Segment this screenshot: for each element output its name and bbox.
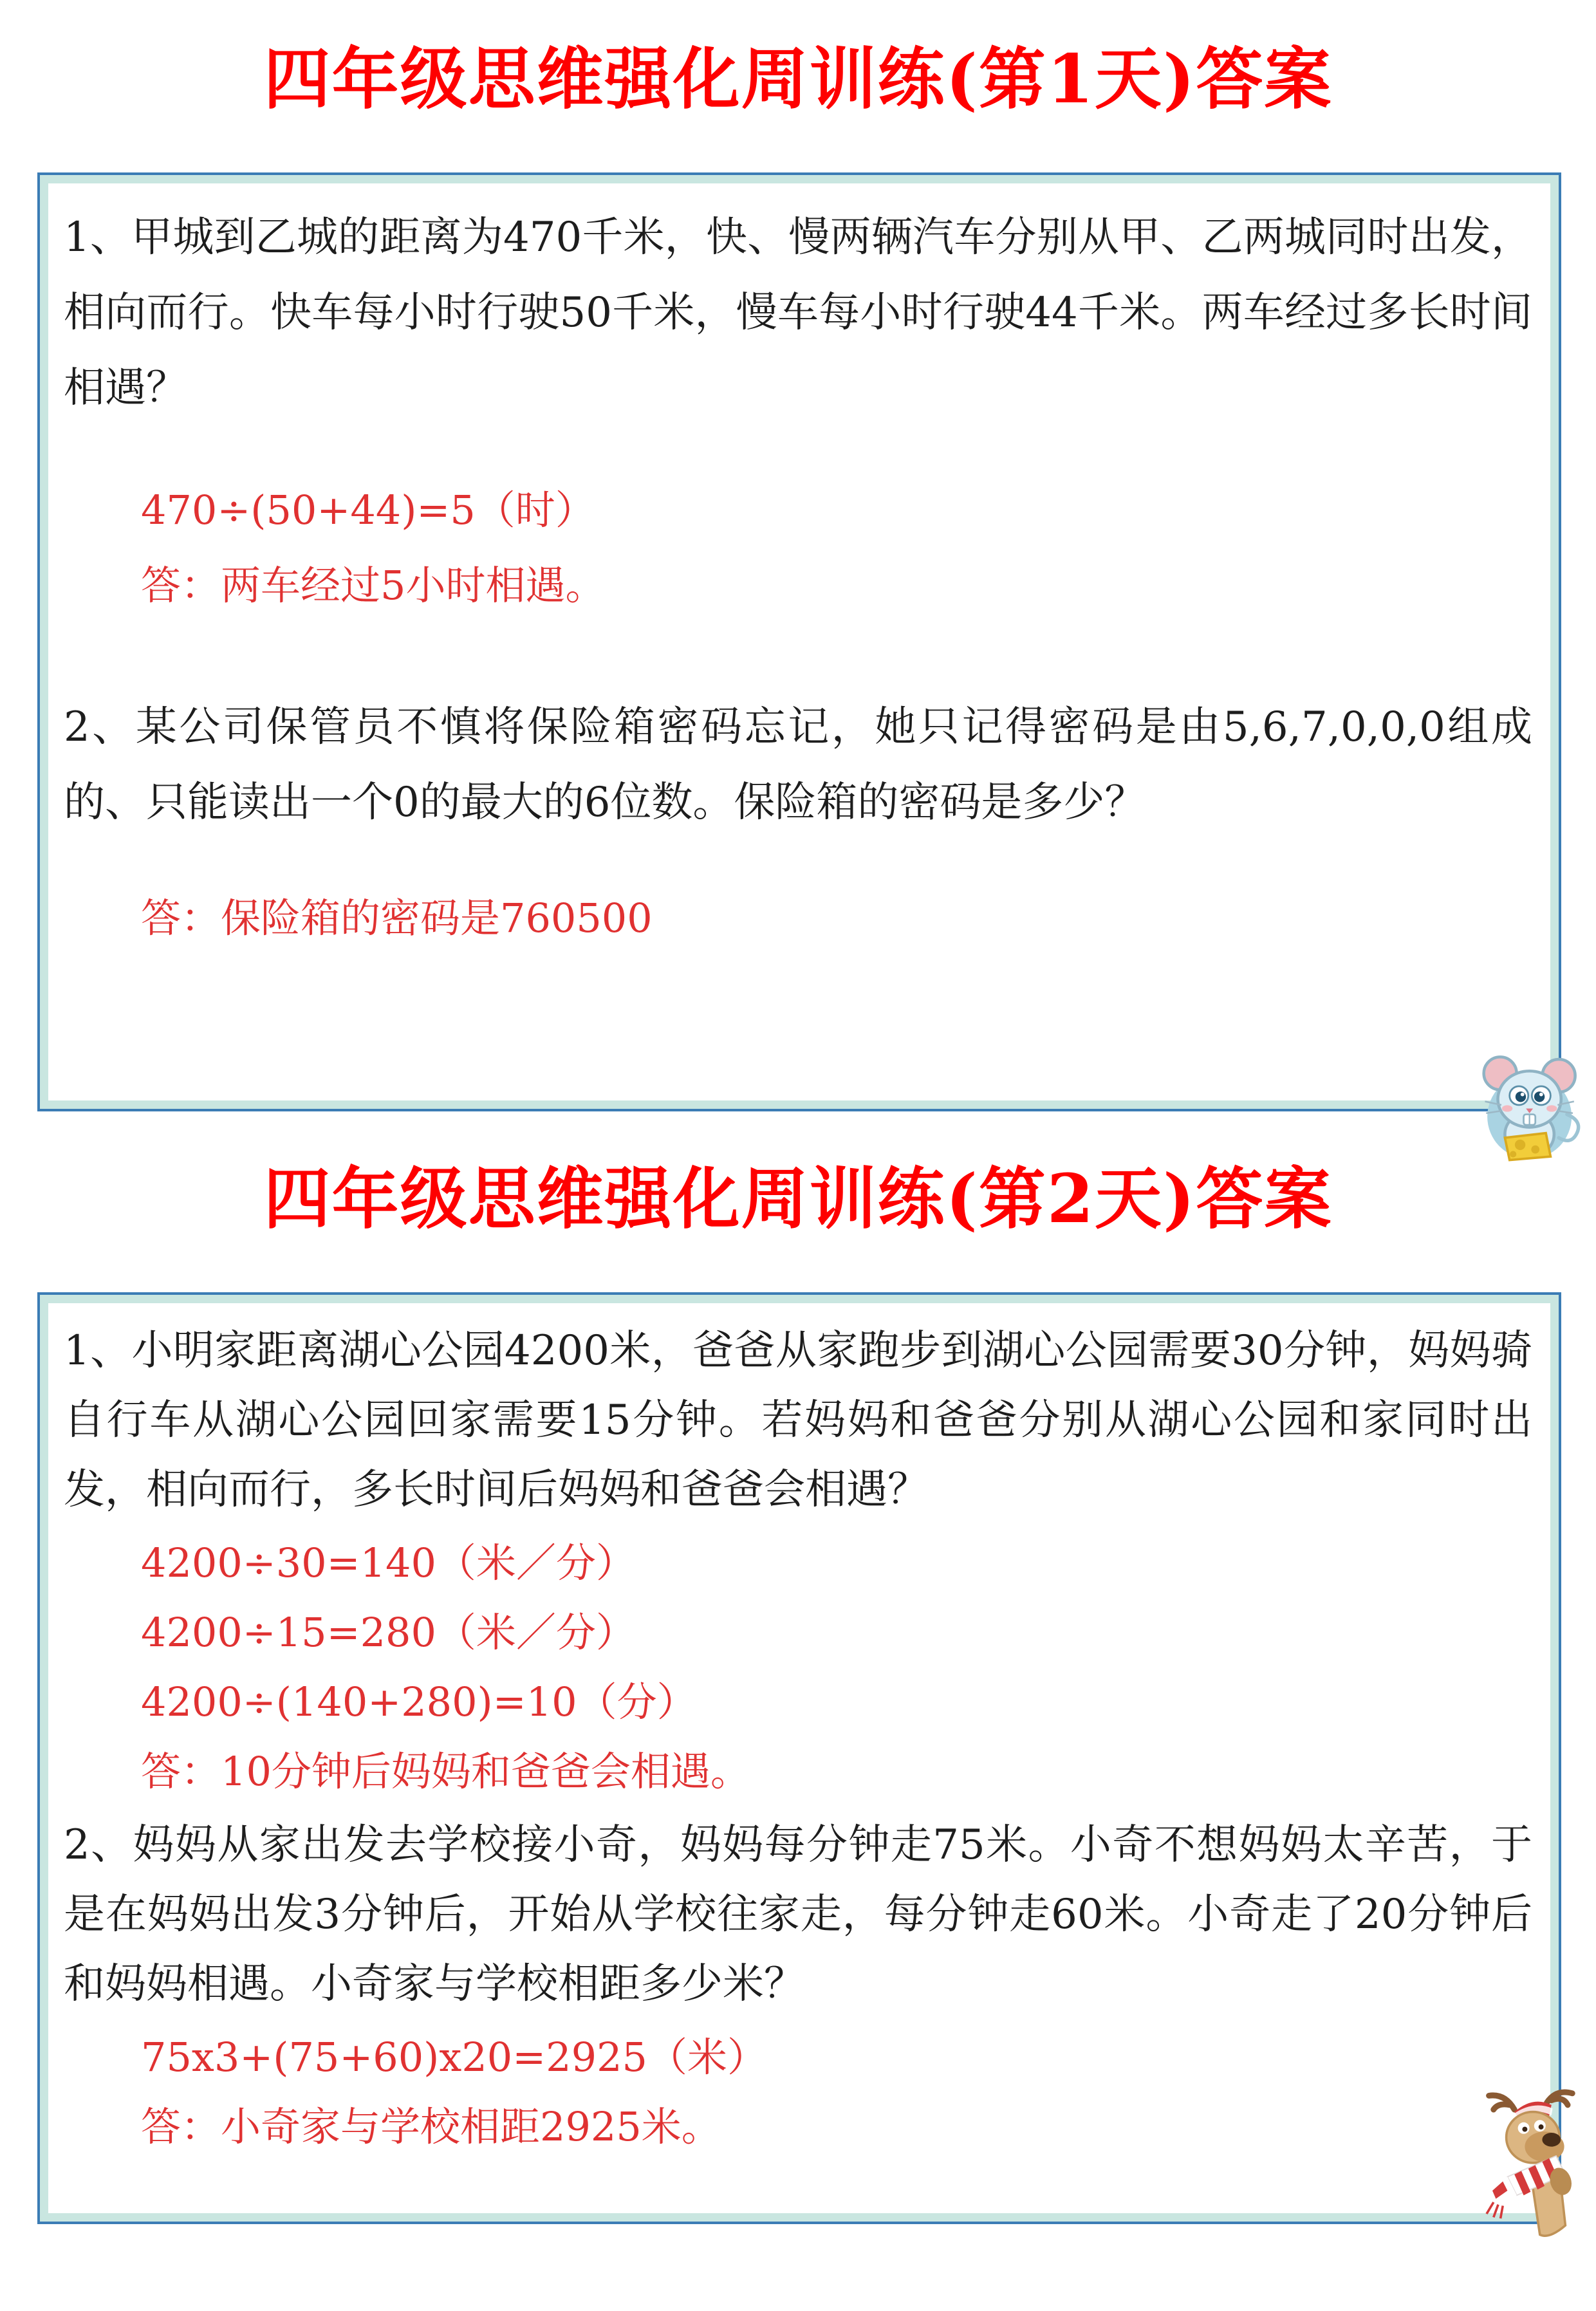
- question-text: 1、甲城到乙城的距离为470千米，快、慢两辆汽车分别从甲、乙两城同时出发，相向而…: [64, 200, 1532, 426]
- answer-line: 4200÷30=140（米／分）: [141, 1528, 1532, 1598]
- question-text: 2、某公司保管员不慎将保险箱密码忘记，她只记得密码是由5,6,7,0,0,0组成…: [64, 690, 1532, 840]
- answer-line: 答：两车经过5小时相遇。: [141, 548, 1532, 623]
- question-text: 2、妈妈从家出发去学校接小奇，妈妈每分钟走75米。小奇不想妈妈太辛苦，于是在妈妈…: [64, 1810, 1532, 2019]
- section-1-content: 1、甲城到乙城的距离为470千米，快、慢两辆汽车分别从甲、乙两城同时出发，相向而…: [51, 186, 1548, 1098]
- section-2-title: 四年级思维强化周训练(第2天)答案: [0, 1151, 1596, 1247]
- section-2-box: 1、小明家距离湖心公园4200米，爸爸从家跑步到湖心公园需要30分钟，妈妈骑自行…: [37, 1292, 1561, 2224]
- question-text: 1、小明家距离湖心公园4200米，爸爸从家跑步到湖心公园需要30分钟，妈妈骑自行…: [64, 1316, 1532, 1525]
- section-1-title: 四年级思维强化周训练(第1天)答案: [0, 31, 1596, 127]
- answer-block: 75x3+(75+60)x20=2925（米） 答：小奇家与学校相距2925米。: [64, 2023, 1532, 2162]
- mouse-mascot-image: [1469, 1046, 1586, 1164]
- answer-line: 4200÷15=280（米／分）: [141, 1598, 1532, 1667]
- worksheet-page: 四年级思维强化周训练(第1天)答案 1、甲城到乙城的距离为470千米，快、慢两辆…: [0, 0, 1596, 2311]
- section-1-box: 1、甲城到乙城的距离为470千米，快、慢两辆汽车分别从甲、乙两城同时出发，相向而…: [37, 172, 1561, 1111]
- answer-block: 470÷(50+44)=5（时） 答：两车经过5小时相遇。: [64, 472, 1532, 623]
- answer-block: 答：保险箱的密码是760500: [64, 880, 1532, 956]
- answer-line: 答：保险箱的密码是760500: [141, 880, 1532, 956]
- answer-line: 4200÷(140+280)=10（分）: [141, 1667, 1532, 1737]
- answer-line: 答：10分钟后妈妈和爸爸会相遇。: [141, 1737, 1532, 1806]
- answer-line: 75x3+(75+60)x20=2925（米）: [141, 2023, 1532, 2092]
- section-2-content: 1、小明家距离湖心公园4200米，爸爸从家跑步到湖心公园需要30分钟，妈妈骑自行…: [51, 1306, 1548, 2211]
- answer-line: 470÷(50+44)=5（时）: [141, 472, 1532, 548]
- answer-block: 4200÷30=140（米／分） 4200÷15=280（米／分） 4200÷(…: [64, 1528, 1532, 1806]
- answer-line: 答：小奇家与学校相距2925米。: [141, 2092, 1532, 2162]
- reindeer-mascot-image: [1475, 2084, 1591, 2251]
